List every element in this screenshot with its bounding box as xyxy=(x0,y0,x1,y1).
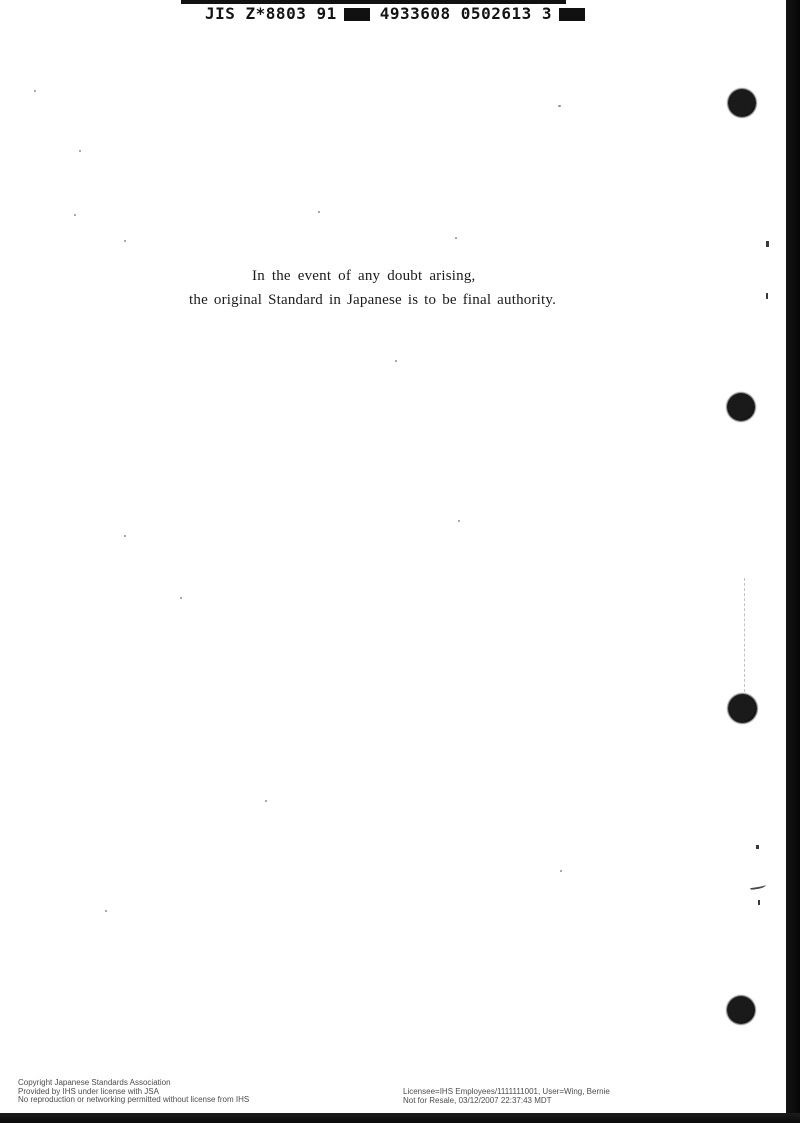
scan-speck xyxy=(265,800,267,802)
scan-speck xyxy=(180,597,182,599)
copyright-line: No reproduction or networking permitted … xyxy=(18,1096,249,1105)
license-line: Not for Resale, 03/12/2007 22:37:43 MDT xyxy=(403,1097,610,1106)
punch-hole-dot xyxy=(728,694,757,723)
scan-speck xyxy=(34,90,36,92)
filled-block-mark xyxy=(344,8,370,21)
filled-block-mark xyxy=(559,8,585,21)
scan-speck xyxy=(124,240,126,242)
scan-mark xyxy=(758,900,760,905)
document-code-header: JIS Z*8803 914933608 0502613 3 xyxy=(205,5,585,23)
scan-squiggle-mark xyxy=(750,883,767,890)
scanned-document-page: JIS Z*8803 914933608 0502613 3 In the ev… xyxy=(0,0,800,1123)
fold-crease-line xyxy=(744,578,745,692)
punch-hole-dot xyxy=(727,393,755,421)
punch-hole-dot xyxy=(727,996,755,1024)
license-notice: Licensee=IHS Employees/1111111001, User=… xyxy=(403,1088,610,1106)
scan-speck xyxy=(395,360,397,362)
scan-speck xyxy=(318,211,320,213)
scan-speck xyxy=(74,214,76,216)
scan-mark xyxy=(766,241,769,247)
notice-text-line2: the original Standard in Japanese is to … xyxy=(189,292,556,309)
scan-speck xyxy=(458,520,460,522)
punch-hole-dot xyxy=(728,89,756,117)
scan-speck xyxy=(105,910,107,912)
scan-mark xyxy=(756,845,759,849)
scan-speck xyxy=(124,535,126,537)
scan-speck xyxy=(560,870,562,872)
scan-edge-bar-bottom xyxy=(0,1113,800,1123)
document-number: 4933608 0502613 3 xyxy=(380,5,552,23)
scan-speck xyxy=(455,237,457,239)
notice-text-line1: In the event of any doubt arising, xyxy=(252,268,476,285)
standard-code: JIS Z*8803 91 xyxy=(205,5,337,23)
scan-speck xyxy=(79,150,81,152)
scan-mark xyxy=(766,293,768,299)
copyright-notice: Copyright Japanese Standards Association… xyxy=(18,1079,249,1105)
scan-edge-bar-right xyxy=(786,0,800,1123)
scan-speck xyxy=(558,105,561,107)
